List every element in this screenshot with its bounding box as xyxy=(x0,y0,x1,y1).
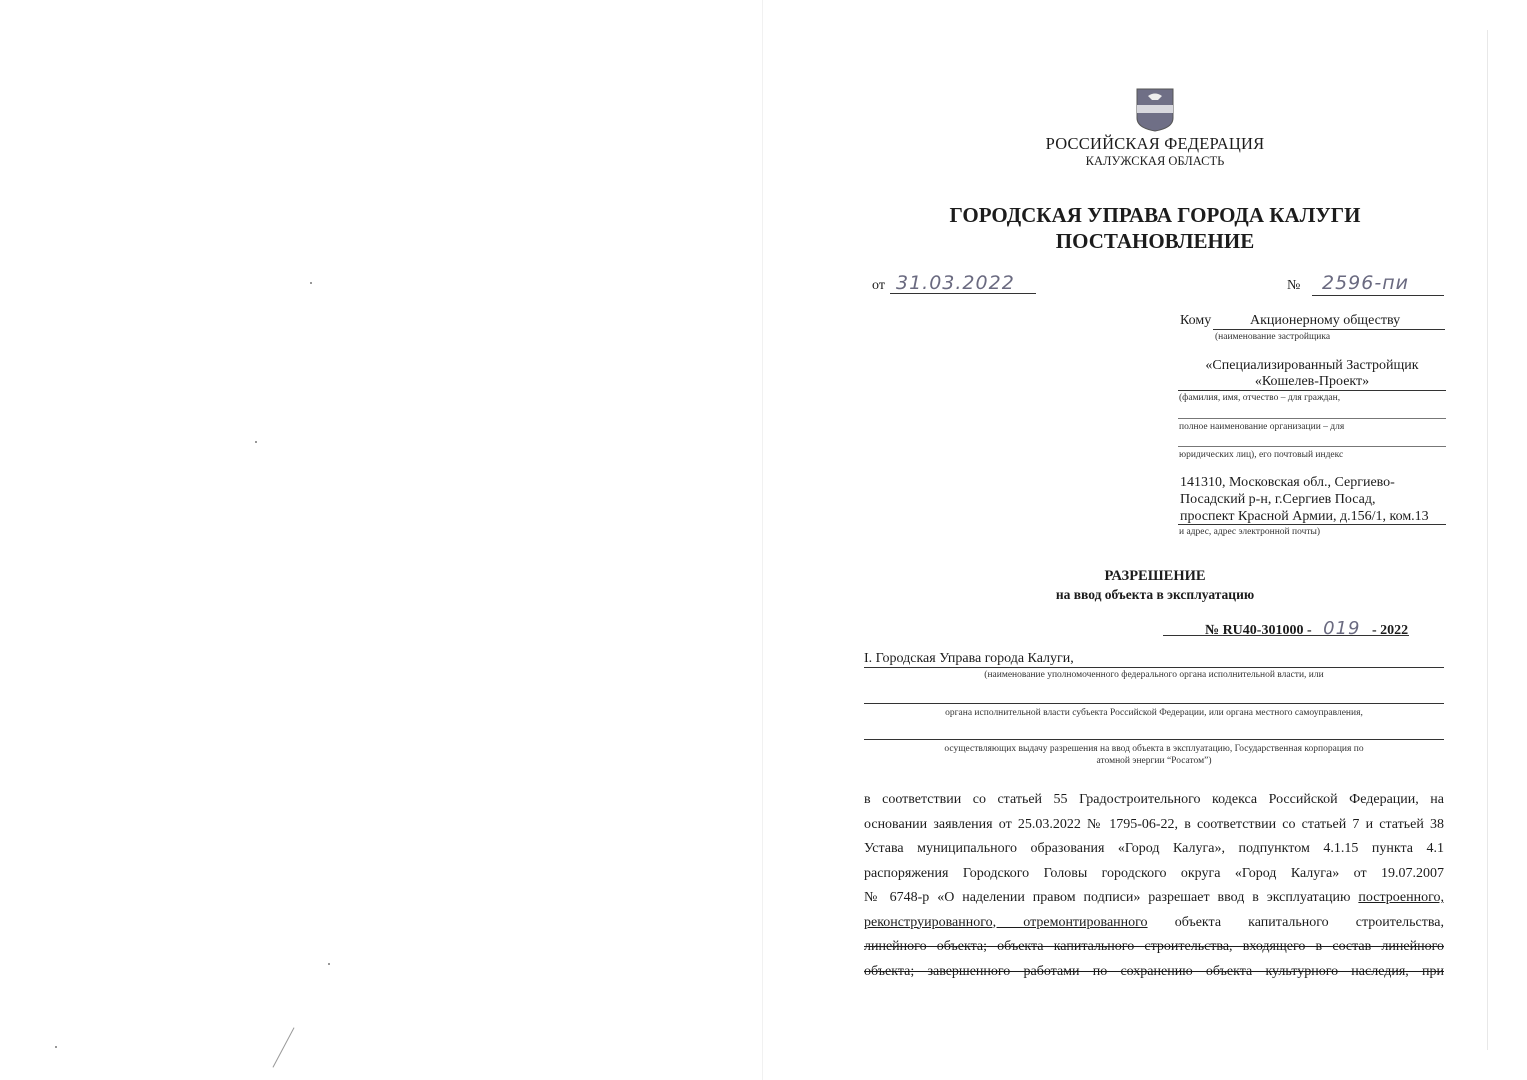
issuer-caption3-line2: атомной энергии “Росатом”) xyxy=(864,755,1444,767)
date-value: 31.03.2022 xyxy=(896,272,1015,294)
date-underline xyxy=(890,293,1036,294)
kaluga-coat-of-arms-icon xyxy=(1136,88,1174,132)
caption-index: юридических лиц), его почтовый индекс xyxy=(1179,450,1343,460)
to-label: Кому xyxy=(1180,313,1211,329)
struck-line: объекта; завершенного работами по сохран… xyxy=(864,960,1444,985)
body-line: № 6748-р «О наделении правом подписи» ра… xyxy=(864,886,1444,911)
scan-speck xyxy=(55,1046,57,1048)
region-name: КАЛУЖСКАЯ ОБЛАСТЬ xyxy=(1000,154,1310,169)
blank-line xyxy=(864,739,1444,740)
permit-subtitle: на ввод объекта в эксплуатацию xyxy=(990,587,1320,603)
blank-line xyxy=(1178,418,1446,419)
authority-title: ГОРОДСКАЯ УПРАВА ГОРОДА КАЛУГИ ПОСТАНОВЛ… xyxy=(880,202,1430,254)
caption-org: полное наименование организации – для xyxy=(1179,422,1344,432)
developer-name: «Специализированный Застройщик «Кошелев-… xyxy=(1178,358,1446,390)
authority-name: ГОРОДСКАЯ УПРАВА ГОРОДА КАЛУГИ xyxy=(880,202,1430,228)
developer-underline xyxy=(1178,390,1446,391)
struck-line: линейного объекта; объекта капитального … xyxy=(864,935,1444,960)
address: 141310, Московская обл., Сергиево- Посад… xyxy=(1180,474,1429,525)
to-underline xyxy=(1213,329,1445,330)
body-line: в соответствии со статьей 55 Градостроит… xyxy=(864,788,1444,813)
permit-title: РАЗРЕШЕНИЕ xyxy=(990,568,1320,585)
to-value: Акционерному обществу xyxy=(1250,313,1400,329)
permit-number-underline xyxy=(1163,635,1409,636)
page-left-edge xyxy=(762,0,763,1080)
address-line3: проспект Красной Армии, д.156/1, ком.13 xyxy=(1180,508,1429,525)
body-line: Устава муниципального образования «Город… xyxy=(864,837,1444,862)
caption-developer: (наименование застройщика xyxy=(1215,332,1330,342)
number-label: № xyxy=(1287,278,1300,294)
country-name: РОССИЙСКАЯ ФЕДЕРАЦИЯ xyxy=(1000,134,1310,154)
blank-line xyxy=(1178,446,1446,447)
underlined-text: построенного, xyxy=(1358,890,1444,905)
scan-speck xyxy=(310,282,312,284)
caption-fio: (фамилия, имя, отчество – для граждан, xyxy=(1179,393,1340,403)
issuer-caption1: (наименование уполномоченного федерально… xyxy=(864,670,1444,680)
issuer-caption2: органа исполнительной власти субъекта Ро… xyxy=(864,708,1444,718)
issuer-underline xyxy=(864,667,1444,668)
address-line1: 141310, Московская обл., Сергиево- xyxy=(1180,474,1429,491)
scan-mark xyxy=(272,1027,294,1067)
number-underline xyxy=(1312,295,1444,296)
body-text-segment: № 6748-р «О наделении правом подписи» ра… xyxy=(864,890,1358,905)
body-paragraph: в соответствии со статьей 55 Градостроит… xyxy=(864,788,1444,984)
page-right-edge xyxy=(1487,30,1488,1050)
developer-name-line2: «Кошелев-Проект» xyxy=(1178,374,1446,390)
number-value: 2596-пи xyxy=(1322,272,1409,294)
developer-name-line1: «Специализированный Застройщик xyxy=(1178,358,1446,374)
body-line: основании заявления от 25.03.2022 № 1795… xyxy=(864,813,1444,838)
caption-address: и адрес, адрес электронной почты) xyxy=(1179,527,1320,537)
document-type: ПОСТАНОВЛЕНИЕ xyxy=(880,228,1430,254)
scan-speck xyxy=(255,441,257,443)
address-line2: Посадский р-н, г.Сергиев Посад, xyxy=(1180,491,1429,508)
body-text-segment: объекта капитального строительства, xyxy=(1148,915,1444,930)
issuer-caption3: осуществляющих выдачу разрешения на ввод… xyxy=(864,743,1444,767)
struck-text: реконструированного, отремонтированного xyxy=(864,915,1148,930)
scan-speck xyxy=(328,963,330,965)
date-label: от xyxy=(872,278,885,294)
address-underline xyxy=(1178,524,1446,525)
issuer-name: I. Городская Управа города Калуги, xyxy=(864,651,1074,667)
blank-line xyxy=(864,703,1444,704)
body-line: реконструированного, отремонтированного … xyxy=(864,911,1444,936)
issuer-caption3-line1: осуществляющих выдачу разрешения на ввод… xyxy=(864,743,1444,755)
body-line: распоряжения Городского Головы городског… xyxy=(864,862,1444,887)
